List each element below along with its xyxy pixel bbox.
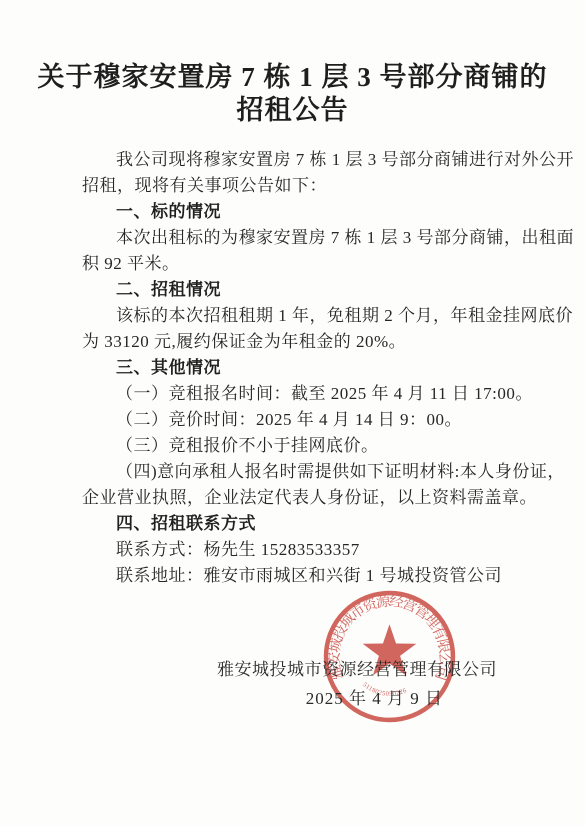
section-heading-3: 三、其他情况 xyxy=(82,355,512,381)
contact-phone-line: 联系方式：杨先生 15283533357 xyxy=(82,537,512,563)
page-title: 关于穆家安置房 7 栋 1 层 3 号部分商铺的 招租公告 xyxy=(0,61,585,127)
section-heading-4: 四、招租联系方式 xyxy=(82,511,512,537)
intro-line: 招租，现将有关事项公告如下： xyxy=(82,173,512,199)
section-1-line: 积 92 平米。 xyxy=(82,251,512,277)
section-2-line: 为 33120 元,履约保证金为年租金的 20%。 xyxy=(82,329,512,355)
section-3-item-2: （二）竞价时间：2025 年 4 月 14 日 9：00。 xyxy=(82,407,512,433)
intro-line: 我公司现将穆家安置房 7 栋 1 层 3 号部分商铺进行对外公开 xyxy=(82,147,512,173)
document-body: 我公司现将穆家安置房 7 栋 1 层 3 号部分商铺进行对外公开 招租，现将有关… xyxy=(82,147,512,589)
section-heading-2: 二、招租情况 xyxy=(82,277,512,303)
section-3-item-1: （一）竞租报名时间：截至 2025 年 4 月 11 日 17:00。 xyxy=(82,381,512,407)
scanned-document-page: 关于穆家安置房 7 栋 1 层 3 号部分商铺的 招租公告 我公司现将穆家安置房… xyxy=(0,0,585,826)
section-3-item-4: （四)意向承租人报名时需提供如下证明材料:本人身份证， xyxy=(82,459,512,485)
title-line-1: 关于穆家安置房 7 栋 1 层 3 号部分商铺的 xyxy=(0,61,585,94)
section-3-item-3: （三）竞租报价不小于挂网底价。 xyxy=(82,433,512,459)
section-heading-1: 一、标的情况 xyxy=(82,199,512,225)
section-2-line: 该标的本次招租租期 1 年，免租期 2 个月，年租金挂网底价 xyxy=(82,303,512,329)
section-1-line: 本次出租标的为穆家安置房 7 栋 1 层 3 号部分商铺，出租面 xyxy=(82,225,512,251)
signature-company: 雅安城投城市资源经营管理有限公司 xyxy=(217,655,497,680)
title-line-2: 招租公告 xyxy=(0,94,585,127)
signature-date: 2025 年 4 月 9 日 xyxy=(306,684,443,709)
section-3-item-4-cont: 企业营业执照，企业法定代表人身份证，以上资料需盖章。 xyxy=(82,485,512,511)
